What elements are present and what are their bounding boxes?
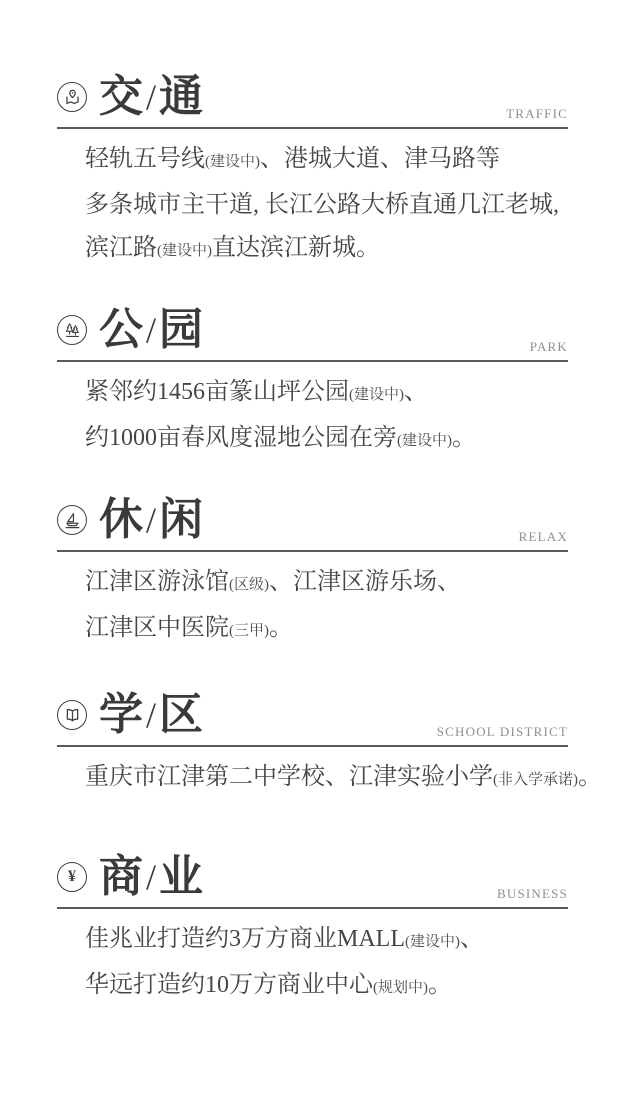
section-body: 紧邻约1456亩篆山坪公园(建设中)、约1000亩春风度湿地公园在旁(建设中)。 (57, 362, 568, 463)
body-text: 华远打造约10万方商业中心 (85, 972, 373, 998)
section-icon-circle: ¥ (57, 862, 87, 892)
body-line: 轻轨五号线(建设中)、港城大道、津马路等 (85, 138, 568, 184)
title-slash: / (146, 857, 158, 897)
section-english-label: SCHOOL DISTRICT (437, 725, 568, 738)
open-book-icon (63, 706, 82, 725)
annotation-text: (规划中) (373, 980, 428, 996)
brochure-page: 交/通 TRAFFIC 轻轨五号线(建设中)、港城大道、津马路等多条城市主干道,… (0, 0, 640, 1093)
title-char: 公 (99, 305, 145, 354)
annotation-text: (建设中) (397, 433, 452, 449)
body-text: 江津区中医院 (85, 615, 229, 641)
section-header: 公/园 PARK (57, 308, 568, 362)
annotation-text: (建设中) (349, 387, 404, 403)
section-icon-circle (57, 315, 87, 345)
annotation-text: (三甲) (229, 623, 269, 639)
body-text: 、港城大道、津马路等 (260, 146, 500, 172)
yuan-icon: ¥ (68, 869, 76, 885)
annotation-text: (非入学承诺) (493, 772, 578, 788)
body-text: 约1000亩春风度湿地公园在旁 (85, 425, 397, 451)
annotation-text: (建设中) (205, 154, 260, 170)
body-line: 江津区游泳馆(区级)、江津区游乐场、 (85, 561, 568, 607)
section-header: 交/通 TRAFFIC (57, 75, 568, 129)
section-body: 重庆市江津第二中学校、江津实验小学(非入学承诺)。 (57, 747, 568, 802)
section-english-label: PARK (530, 340, 568, 353)
body-line: 约1000亩春风度湿地公园在旁(建设中)。 (85, 417, 568, 463)
section-park: 公/园 PARK 紧邻约1456亩篆山坪公园(建设中)、约1000亩春风度湿地公… (57, 308, 568, 463)
body-text: 。 (428, 972, 452, 998)
sailboat-icon (63, 511, 82, 530)
body-text: 紧邻约1456亩篆山坪公园 (85, 379, 349, 405)
section-school-district: 学/区 SCHOOL DISTRICT 重庆市江津第二中学校、江津实验小学(非入… (57, 693, 568, 802)
section-traffic: 交/通 TRAFFIC 轻轨五号线(建设中)、港城大道、津马路等多条城市主干道,… (57, 75, 568, 273)
body-text: 佳兆业打造约3万方商业MALL (85, 926, 405, 952)
section-title: 商/业 (99, 855, 205, 899)
body-text: 重庆市江津第二中学校、江津实验小学 (85, 764, 493, 790)
body-text: 。 (452, 425, 476, 451)
body-text: 江津区游泳馆 (85, 569, 229, 595)
section-title: 学/区 (99, 693, 205, 737)
title-char: 园 (159, 305, 205, 354)
section-body: 江津区游泳馆(区级)、江津区游乐场、江津区中医院(三甲)。 (57, 552, 568, 653)
body-line: 佳兆业打造约3万方商业MALL(建设中)、 (85, 918, 568, 964)
body-text: 。 (269, 615, 293, 641)
body-line: 江津区中医院(三甲)。 (85, 607, 568, 653)
body-line: 重庆市江津第二中学校、江津实验小学(非入学承诺)。 (85, 756, 568, 802)
body-line: 华远打造约10万方商业中心(规划中)。 (85, 964, 568, 1010)
title-char: 通 (159, 72, 205, 121)
body-text: 、 (460, 926, 484, 952)
pine-trees-icon (63, 321, 82, 340)
body-text: 多条城市主干道, 长江公路大桥直通几江老城, (85, 192, 559, 218)
section-icon-circle (57, 82, 87, 112)
title-char: 区 (159, 690, 205, 739)
section-header: ¥ 商/业 BUSINESS (57, 855, 568, 909)
body-text: 轻轨五号线 (85, 146, 205, 172)
body-text: 、江津区游乐场、 (269, 569, 461, 595)
section-body: 轻轨五号线(建设中)、港城大道、津马路等多条城市主干道, 长江公路大桥直通几江老… (57, 129, 568, 273)
body-line: 紧邻约1456亩篆山坪公园(建设中)、 (85, 371, 568, 417)
section-title: 交/通 (99, 75, 205, 119)
title-slash: / (146, 310, 158, 350)
annotation-text: (区级) (229, 577, 269, 593)
section-english-label: BUSINESS (497, 887, 568, 900)
section-icon-circle (57, 505, 87, 535)
body-text: 滨江路 (85, 235, 157, 261)
title-char: 交 (99, 72, 145, 121)
section-relax: 休/闲 RELAX 江津区游泳馆(区级)、江津区游乐场、江津区中医院(三甲)。 (57, 498, 568, 653)
body-text: 、 (404, 379, 428, 405)
section-english-label: TRAFFIC (506, 107, 568, 120)
map-pin-icon (63, 88, 82, 107)
title-char: 学 (99, 690, 145, 739)
section-header: 学/区 SCHOOL DISTRICT (57, 693, 568, 747)
title-char: 商 (99, 852, 145, 901)
title-char: 休 (99, 495, 145, 544)
body-line: 滨江路(建设中)直达滨江新城。 (85, 227, 568, 273)
title-char: 业 (159, 852, 205, 901)
body-line: 多条城市主干道, 长江公路大桥直通几江老城, (85, 184, 568, 227)
title-slash: / (146, 500, 158, 540)
title-char: 闲 (159, 495, 205, 544)
title-slash: / (146, 77, 158, 117)
section-title: 休/闲 (99, 498, 205, 542)
section-icon-circle (57, 700, 87, 730)
section-english-label: RELAX (519, 530, 568, 543)
section-business: ¥ 商/业 BUSINESS 佳兆业打造约3万方商业MALL(建设中)、华远打造… (57, 855, 568, 1010)
section-title: 公/园 (99, 308, 205, 352)
title-slash: / (146, 695, 158, 735)
body-text: 。 (578, 764, 602, 790)
annotation-text: (建设中) (157, 243, 212, 259)
annotation-text: (建设中) (405, 934, 460, 950)
body-text: 直达滨江新城。 (212, 235, 380, 261)
section-body: 佳兆业打造约3万方商业MALL(建设中)、华远打造约10万方商业中心(规划中)。 (57, 909, 568, 1010)
section-header: 休/闲 RELAX (57, 498, 568, 552)
